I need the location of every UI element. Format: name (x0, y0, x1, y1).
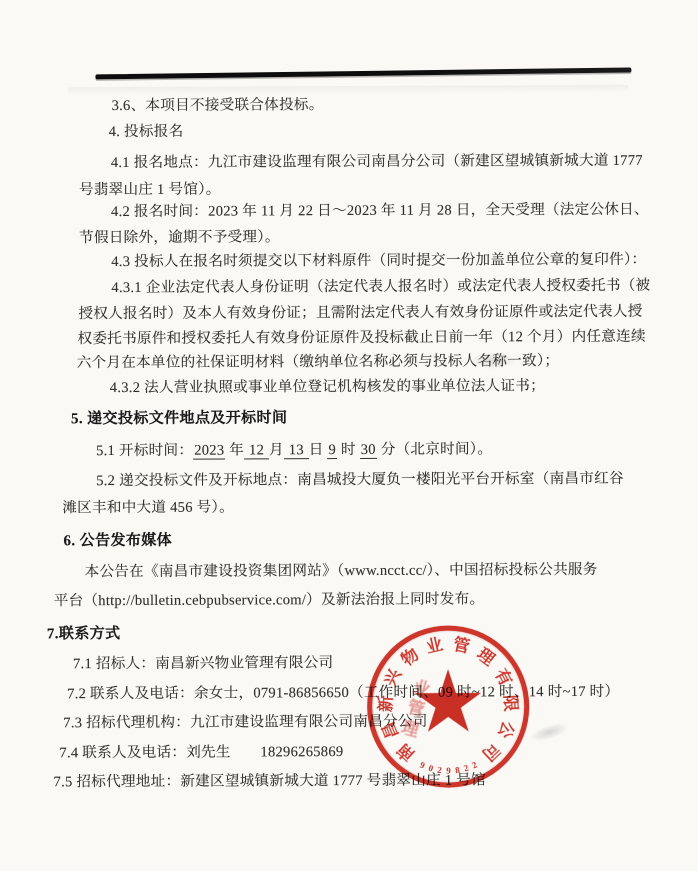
section-heading: 6. 公告发布媒体 (63, 529, 172, 550)
text-segment: 时 (337, 442, 360, 458)
underlined-value: 9 (327, 442, 337, 459)
text-segment: 分（北京时间）。 (377, 441, 492, 458)
section-heading: 5. 递交投标文件地点及开标时间 (71, 406, 287, 428)
document-page: 3.6、本项目不接受联合体投标。4. 投标报名4.1 报名地点：九江市建设监理有… (0, 0, 698, 871)
document-line: 滩区丰和中大道 456 号）。 (62, 496, 234, 518)
text-segment: 5.1 开标时间： (96, 443, 193, 459)
document-line: 7.1 招标人：南昌新兴物业管理有限公司 (73, 651, 333, 673)
text-segment: 日 (309, 442, 328, 458)
document-line: 本公告在《南昌市建设投资集团网站》（www.ncct.cc/）、中国招标投标公共… (85, 558, 598, 581)
seal-character: 新 (376, 693, 397, 714)
document-line: 号翡翠山庄 1 号馆）。 (79, 178, 221, 200)
underlined-value: 12 (244, 442, 269, 459)
document-line: 3.6、本项目不接受联合体投标。 (112, 93, 324, 115)
document-line: 4.3.1 企业法定代表人身份证明（法定代表人报名时）或法定代表人授权委托书（被 (111, 274, 650, 297)
document-line: 5.2 递交投标文件及开标地点：南昌城投大厦负一楼阳光平台开标室（南昌市红谷 (96, 467, 624, 490)
seal-character: 限 (500, 693, 521, 714)
scan-smudge (528, 719, 570, 745)
section-heading: 7.联系方式 (47, 622, 121, 643)
document-line: 7.4 联系人及电话：刘先生 18296265869 (59, 740, 343, 762)
text-segment: 年 (225, 442, 244, 458)
document-line: 4.3 投标人在报名时须提交以下材料原件（同时提交一份加盖单位公章的复印件）： (111, 248, 646, 271)
document-line: 4.3.2 法人营业执照或事业单位登记机构核发的事业单位法人证书； (110, 374, 545, 397)
company-seal-stamp: 南昌新兴物业管理有限公司 ★ 9029822 业管理 (367, 625, 530, 788)
text-segment: 月 (269, 442, 284, 458)
page-header-rule (95, 67, 631, 79)
document-line: 5.1 开标时间：2023 年 12 月 13 日 9 时 30 分（北京时间）… (96, 437, 492, 460)
document-line: 平台（http://bulletin.cebpubservice.com/）及新… (54, 587, 485, 610)
document-line: 六个月在本单位的社保证明材料（缴纳单位名称必须与投标人名称一致）； (77, 349, 560, 372)
document-line: 7.2 联系人及电话：余女士，0791-86856650（工作时间、09 时~1… (67, 680, 619, 703)
document-line: 4.1 报名地点：九江市建设监理有限公司南昌分公司（新建区望城镇新城大道 177… (111, 149, 643, 172)
underlined-value: 13 (284, 442, 309, 459)
document-text: 3.6、本项目不接受联合体投标。4. 投标报名4.1 报名地点：九江市建设监理有… (0, 0, 696, 2)
document-line: 节假日除外，逾期不予受理）。 (79, 225, 280, 247)
document-line: 4. 投标报名 (109, 120, 184, 141)
document-line: 4.2 报名时间：2023 年 11 月 22 日～2023 年 11 月 28… (111, 198, 649, 221)
document-line: 授权人报名时）及本人有效身份证；且需附法定代表人有效身份证原件或法定代表人授 (78, 300, 642, 323)
underlined-value: 30 (360, 442, 377, 459)
underlined-value: 2023 (193, 443, 225, 460)
document-line: 权委托书原件和授权委托人有效身份证原件及投标截止日前一年（12 个月）内任意连续 (78, 325, 646, 348)
